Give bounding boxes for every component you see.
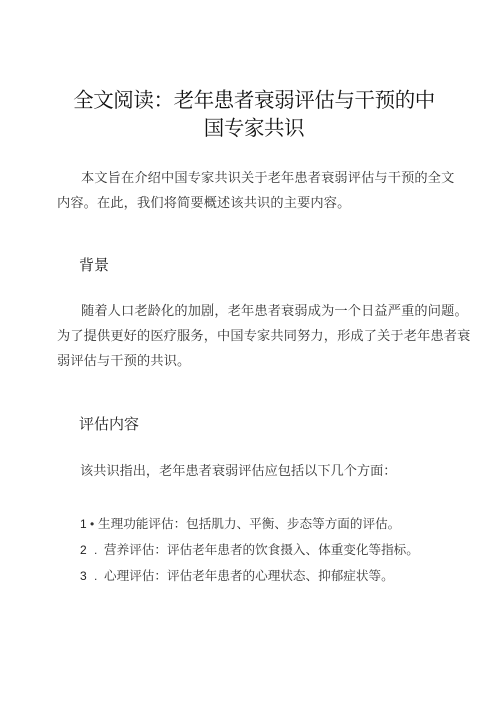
intro-paragraph: 本文旨在介绍中国专家共识关于老年患者衰弱评估与干预的全文 内容。在此，我们将简要… (57, 166, 449, 216)
section-heading-background: 背景 (79, 255, 109, 275)
background-line-2: 为了提供更好的医疗服务，中国专家共同努力，形成了关于老年患者衰 (57, 324, 449, 349)
document-title: 全文阅读：老年患者衰弱评估与干预的中 国专家共识 (60, 86, 448, 142)
list-item-text: 生理功能评估：包括肌力、平衡、步态等方面的评估。 (98, 516, 400, 531)
list-item-bullet: • (90, 514, 98, 534)
intro-line-2: 内容。在此，我们将简要概述该共识的主要内容。 (57, 191, 449, 216)
list-item-number: 2 (80, 540, 90, 560)
list-item-text: 心理评估：评估老年患者的心理状态、抑郁症状等。 (104, 568, 394, 583)
intro-line-1: 本文旨在介绍中国专家共识关于老年患者衰弱评估与干预的全文 (57, 166, 449, 191)
title-line-1: 全文阅读：老年患者衰弱评估与干预的中 (60, 86, 448, 114)
background-line-1: 随着人口老龄化的加剧，老年患者衰弱成为一个日益严重的问题。 (57, 299, 449, 324)
title-line-2: 国专家共识 (60, 114, 448, 142)
list-item-separator: . (90, 540, 104, 560)
background-line-3: 弱评估与干预的共识。 (57, 349, 449, 374)
list-item: 2.营养评估：评估老年患者的饮食摄入、体重变化等指标。 (80, 540, 419, 566)
assessment-list: 1•生理功能评估：包括肌力、平衡、步态等方面的评估。 2.营养评估：评估老年患者… (80, 514, 419, 592)
assessment-intro: 该共识指出，老年患者衰弱评估应包括以下几个方面： (80, 462, 397, 482)
document-page: 全文阅读：老年患者衰弱评估与干预的中 国专家共识 本文旨在介绍中国专家共识关于老… (0, 0, 500, 707)
list-item-text: 营养评估：评估老年患者的饮食摄入、体重变化等指标。 (104, 542, 419, 557)
list-item-separator: . (90, 566, 104, 586)
list-item-number: 1 (80, 514, 90, 534)
background-paragraph: 随着人口老龄化的加剧，老年患者衰弱成为一个日益严重的问题。 为了提供更好的医疗服… (57, 299, 449, 374)
list-item: 3.心理评估：评估老年患者的心理状态、抑郁症状等。 (80, 566, 419, 592)
section-heading-assessment: 评估内容 (79, 414, 139, 434)
list-item: 1•生理功能评估：包括肌力、平衡、步态等方面的评估。 (80, 514, 419, 540)
list-item-number: 3 (80, 566, 90, 586)
